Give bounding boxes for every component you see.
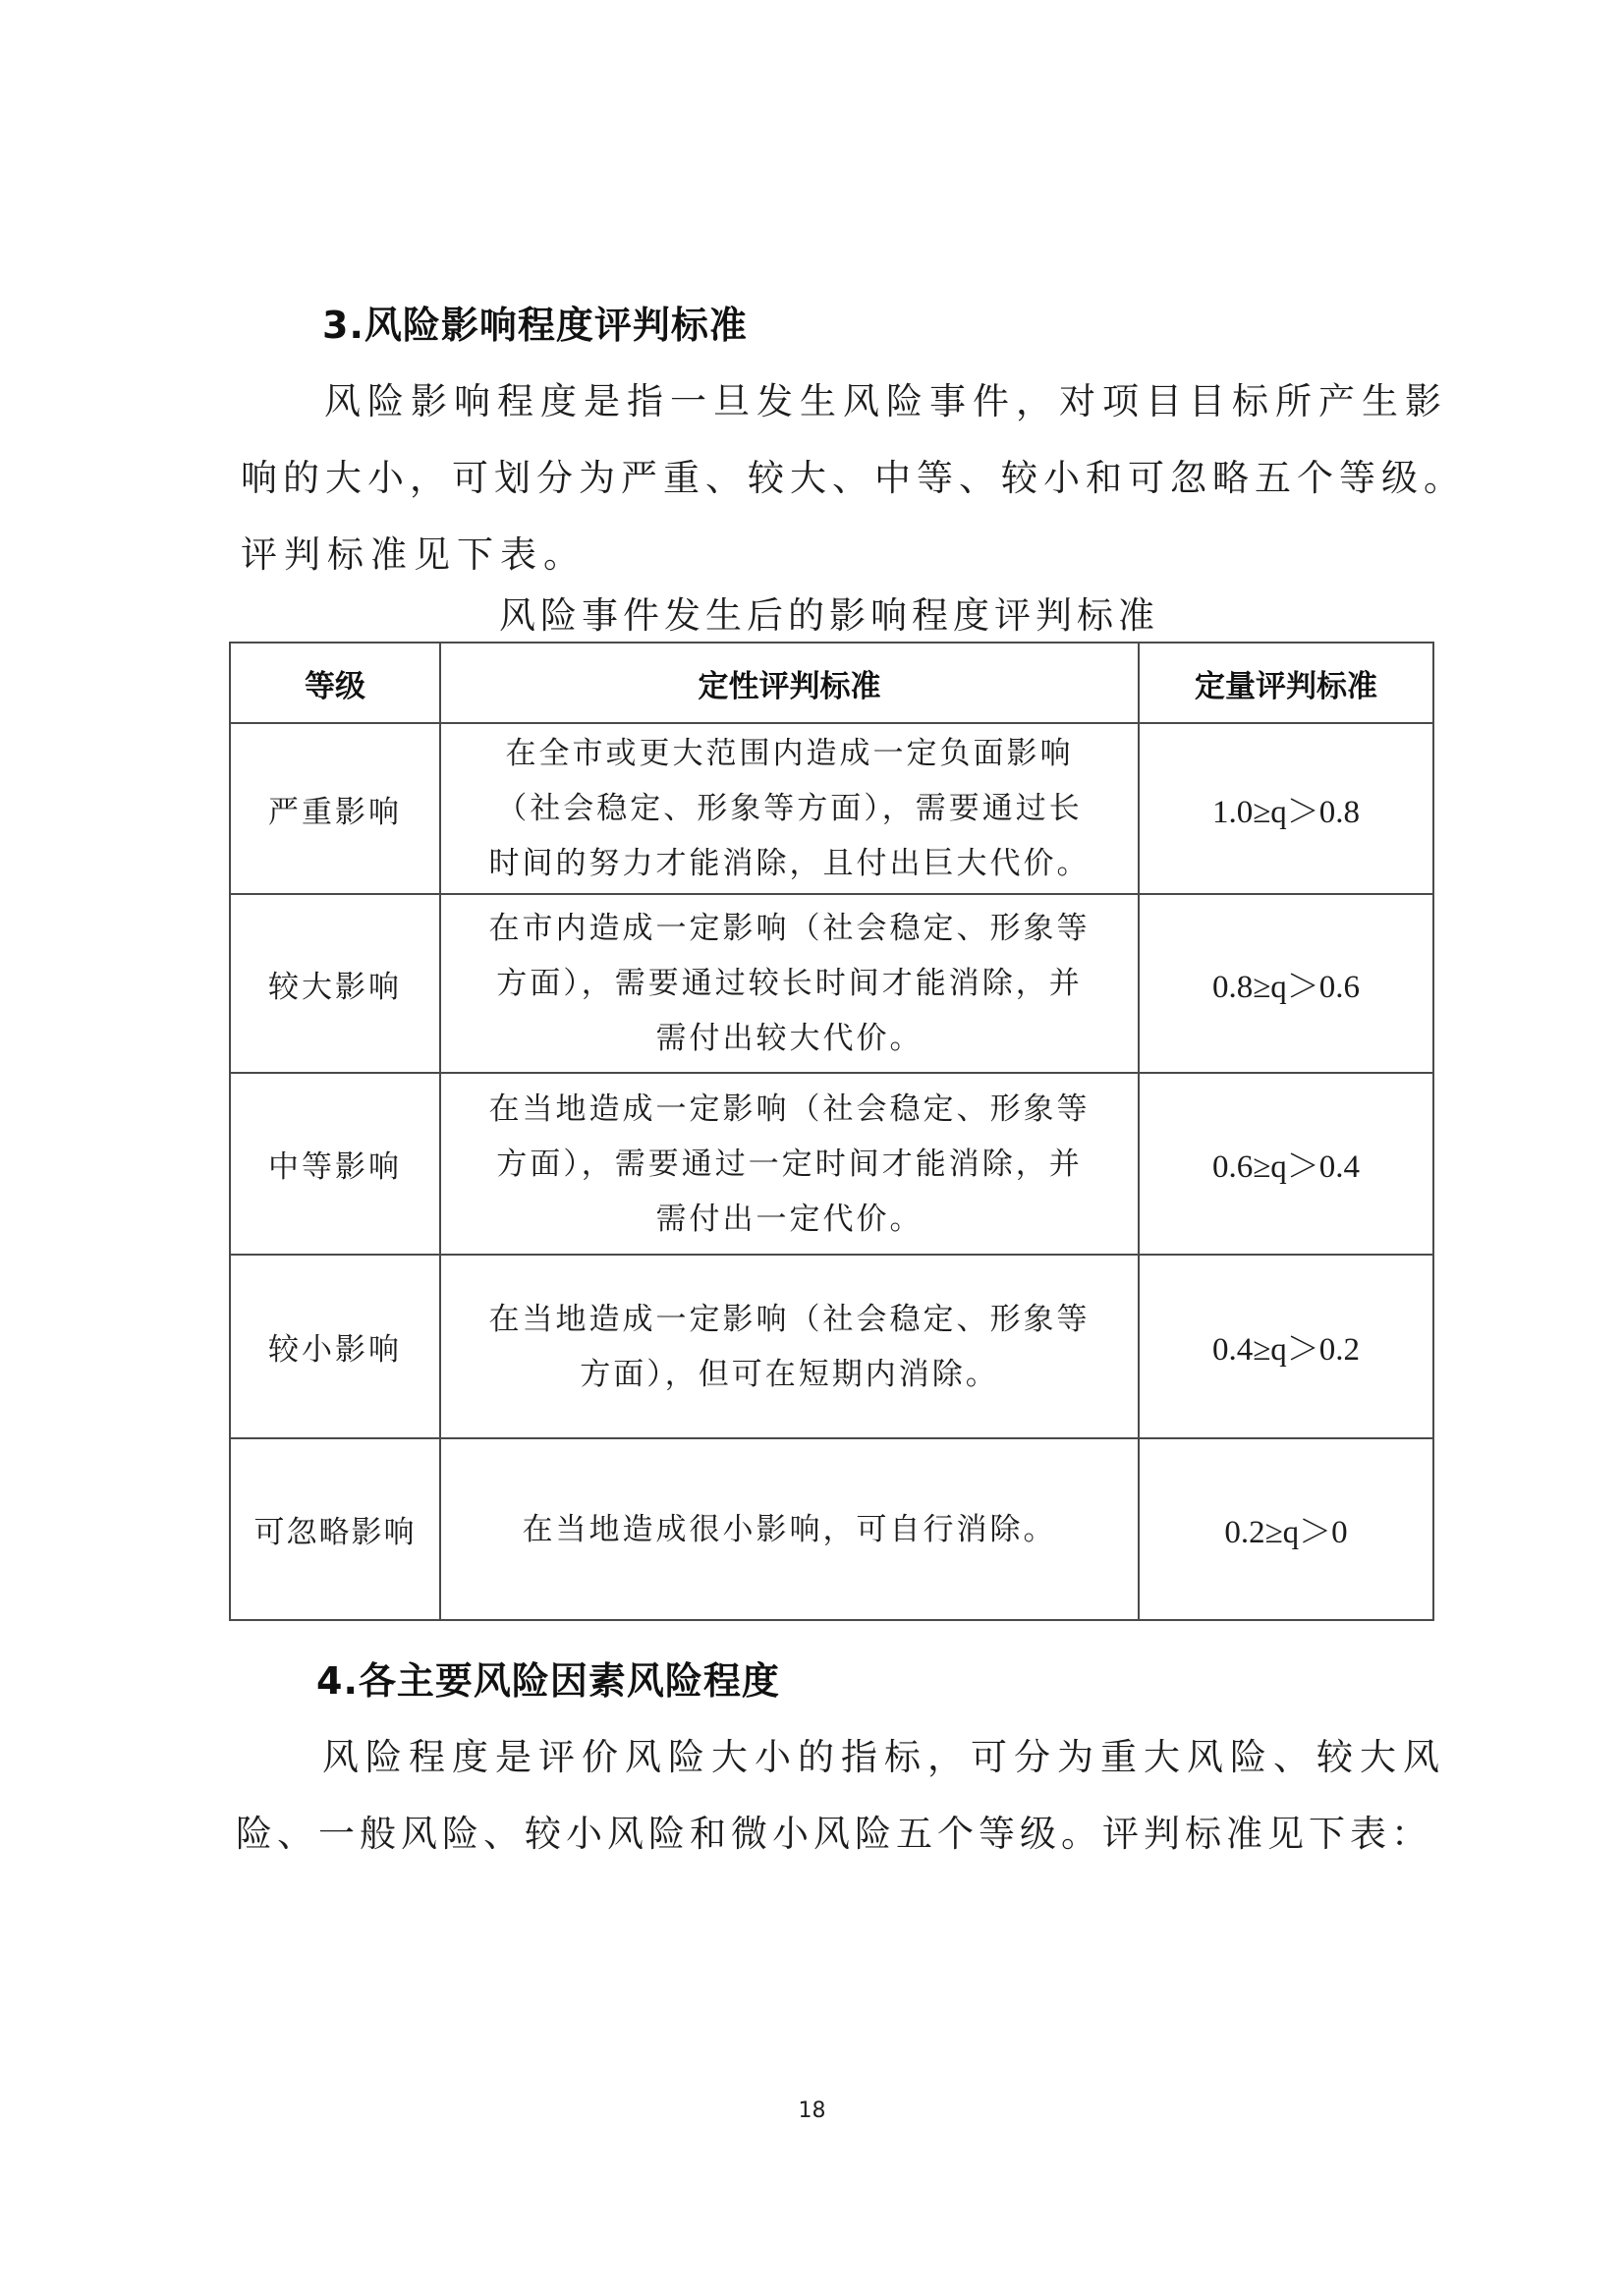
document-page: 3.风险影响程度评判标准 风险影响程度是指一旦发生风险事件，对项目目标所产生影 … [0,0,1624,2295]
quantitative-cell: 0.4≥q＞0.2 [1139,1255,1433,1438]
qualitative-line: 在全市或更大范围内造成一定负面影响 [449,726,1130,781]
qualitative-line: 在当地造成一定影响（社会稳定、形象等 [449,1082,1130,1137]
qualitative-line: （社会稳定、形象等方面），需要通过长 [449,781,1130,836]
section-3-paragraph-line-3: 评判标准见下表。 [241,525,587,578]
table-header-row: 等级 定性评判标准 定量评判标准 [230,643,1433,723]
section-3-heading: 3.风险影响程度评判标准 [322,295,748,349]
quantitative-cell: 0.2≥q＞0 [1139,1438,1433,1620]
qualitative-cell: 在当地造成很小影响，可自行消除。 [440,1438,1139,1620]
impact-criteria-table: 等级 定性评判标准 定量评判标准 严重影响 在全市或更大范围内造成一定负面影响 … [229,642,1434,1621]
page-number: 18 [0,2099,1624,2123]
quantitative-cell: 0.8≥q＞0.6 [1139,894,1433,1073]
header-qualitative: 定性评判标准 [440,643,1139,723]
qualitative-line: 在当地造成很小影响，可自行消除。 [449,1502,1130,1557]
qualitative-line: 需付出较大代价。 [449,1011,1130,1066]
level-cell: 可忽略影响 [230,1438,440,1620]
header-level: 等级 [230,643,440,723]
section-3-paragraph-line-1: 风险影响程度是指一旦发生风险事件，对项目目标所产生影 [324,371,1448,424]
level-cell: 较大影响 [230,894,440,1073]
level-cell: 中等影响 [230,1073,440,1255]
qualitative-line: 方面），需要通过较长时间才能消除，并 [449,956,1130,1011]
section-4-paragraph-line-1: 风险程度是评价风险大小的指标，可分为重大风险、较大风 [322,1727,1446,1780]
qualitative-line: 时间的努力才能消除，且付出巨大代价。 [449,836,1130,891]
qualitative-line: 方面），需要通过一定时间才能消除，并 [449,1137,1130,1192]
qualitative-line: 需付出一定代价。 [449,1192,1130,1247]
qualitative-cell: 在全市或更大范围内造成一定负面影响 （社会稳定、形象等方面），需要通过长 时间的… [440,723,1139,894]
table-row: 可忽略影响 在当地造成很小影响，可自行消除。 0.2≥q＞0 [230,1438,1433,1620]
table-row: 较小影响 在当地造成一定影响（社会稳定、形象等 方面），但可在短期内消除。 0.… [230,1255,1433,1438]
section-4-heading: 4.各主要风险因素风险程度 [316,1651,780,1705]
qualitative-cell: 在当地造成一定影响（社会稳定、形象等 方面），但可在短期内消除。 [440,1255,1139,1438]
qualitative-line: 在市内造成一定影响（社会稳定、形象等 [449,901,1130,956]
table-row: 中等影响 在当地造成一定影响（社会稳定、形象等 方面），需要通过一定时间才能消除… [230,1073,1433,1255]
qualitative-cell: 在当地造成一定影响（社会稳定、形象等 方面），需要通过一定时间才能消除，并 需付… [440,1073,1139,1255]
section-3-paragraph-line-2: 响的大小，可划分为严重、较大、中等、较小和可忽略五个等级。 [241,448,1466,501]
section-4-paragraph-line-2: 险、一般风险、较小风险和微小风险五个等级。评判标准见下表： [236,1804,1432,1857]
table-row: 较大影响 在市内造成一定影响（社会稳定、形象等 方面），需要通过较长时间才能消除… [230,894,1433,1073]
table-caption: 风险事件发生后的影响程度评判标准 [499,586,1159,639]
level-cell: 较小影响 [230,1255,440,1438]
quantitative-cell: 0.6≥q＞0.4 [1139,1073,1433,1255]
qualitative-line: 方面），但可在短期内消除。 [449,1347,1130,1402]
quantitative-cell: 1.0≥q＞0.8 [1139,723,1433,894]
table-row: 严重影响 在全市或更大范围内造成一定负面影响 （社会稳定、形象等方面），需要通过… [230,723,1433,894]
qualitative-line: 在当地造成一定影响（社会稳定、形象等 [449,1292,1130,1347]
level-cell: 严重影响 [230,723,440,894]
qualitative-cell: 在市内造成一定影响（社会稳定、形象等 方面），需要通过较长时间才能消除，并 需付… [440,894,1139,1073]
header-quantitative: 定量评判标准 [1139,643,1433,723]
